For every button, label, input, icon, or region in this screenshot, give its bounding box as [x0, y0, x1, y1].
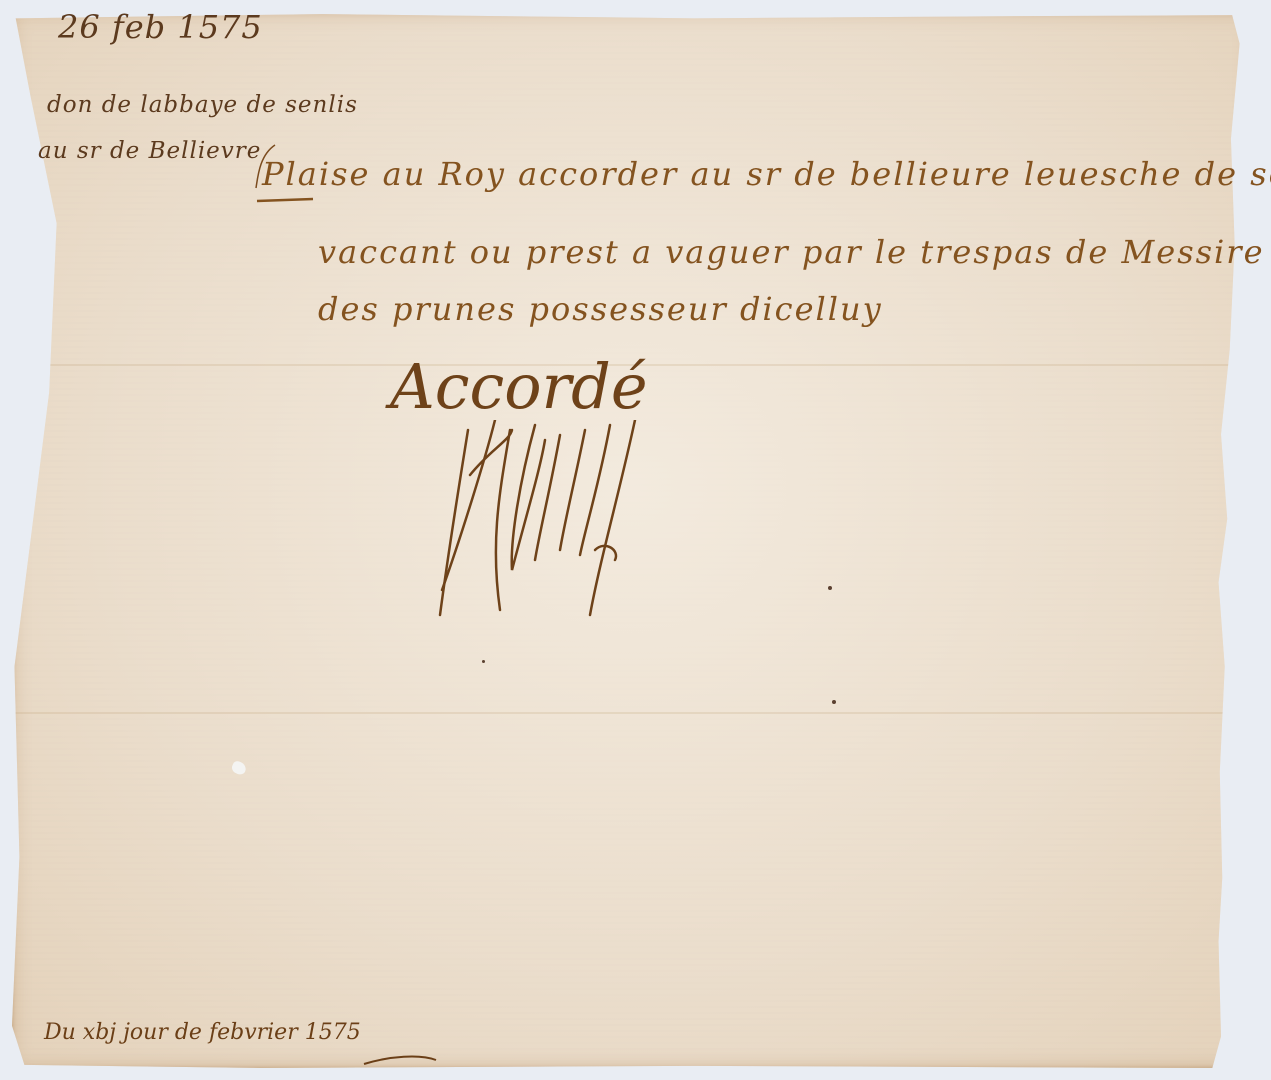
petition-line: des prunes possesseur dicelluy — [318, 290, 883, 328]
petition-line: Plaise au Roy accorder au sr de bellieur… — [262, 155, 1271, 193]
docket-note: Du xbj jour de febvrier 1575 — [44, 1020, 361, 1045]
underline-stroke — [255, 195, 315, 205]
docket-flourish — [360, 1050, 440, 1070]
margin-note-line: au sr de Bellievre — [38, 138, 261, 164]
ink-speck — [482, 660, 485, 663]
margin-date: 26 feb 1575 — [58, 8, 263, 46]
margin-note-line: don de labbaye de senlis — [47, 92, 358, 118]
ink-speck — [832, 700, 836, 704]
petition-line: vaccant ou prest a vaguer par le trespas… — [318, 233, 1265, 271]
approval-word: Accordé — [390, 350, 648, 423]
royal-signature — [430, 420, 690, 620]
ink-speck — [828, 586, 832, 590]
fold-line — [12, 712, 1252, 714]
